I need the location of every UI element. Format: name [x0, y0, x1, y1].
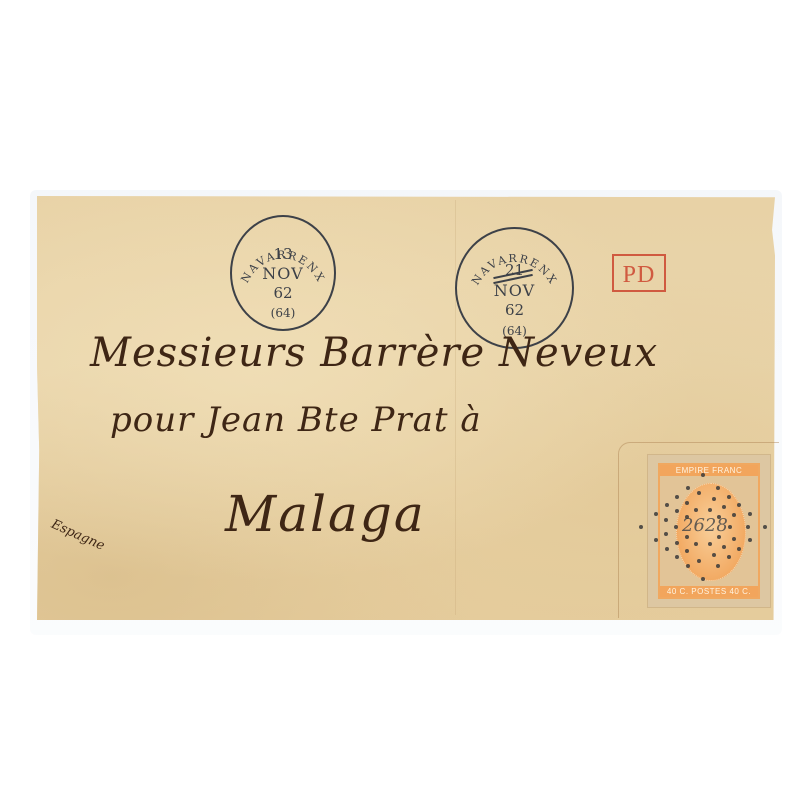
cancel-dot — [727, 495, 731, 499]
cancel-dot — [732, 537, 736, 541]
cancel-dot — [675, 541, 679, 545]
postmark-department: (64) — [232, 307, 334, 319]
postmark-year: 62 — [232, 286, 334, 301]
postmark-left: NAVARRENX 13 NOV 62 (64) — [230, 215, 336, 331]
postmark-month: NOV — [232, 266, 334, 282]
cancel-dot — [686, 486, 690, 490]
cancel-dot — [746, 525, 750, 529]
cancel-dot — [675, 555, 679, 559]
cancel-dot — [708, 508, 712, 512]
cancel-dot — [748, 538, 752, 542]
cancel-dot — [685, 501, 689, 505]
cancel-dot — [708, 542, 712, 546]
postmark-year: 62 — [457, 303, 572, 318]
address-line-2: pour Jean Bte Prat à — [110, 400, 482, 440]
postage-stamp: EMPIRE FRANC 40 C. POSTES 40 C. 2628 — [648, 455, 770, 607]
cancel-dot — [737, 503, 741, 507]
cancel-dot — [716, 486, 720, 490]
postmark-day: 13 — [232, 247, 334, 262]
cancel-dot — [697, 559, 701, 563]
cancel-dot — [722, 545, 726, 549]
cancel-dot — [675, 495, 679, 499]
cancel-dot — [664, 532, 668, 536]
cancel-dot — [701, 577, 705, 581]
cancel-dot — [712, 497, 716, 501]
cancel-dot — [674, 525, 678, 529]
cancel-dot — [685, 549, 689, 553]
stamp-bottom-text: 40 C. POSTES 40 C. — [660, 586, 758, 597]
cancel-dot — [639, 525, 643, 529]
cancel-dot — [685, 535, 689, 539]
cancel-dot — [717, 535, 721, 539]
cancel-number: 2628 — [682, 515, 728, 536]
address-line-3: Malaga — [225, 485, 426, 543]
cancel-dot — [665, 547, 669, 551]
address-line-1: Messieurs Barrère Neveux — [90, 330, 658, 376]
cancel-dot — [697, 491, 701, 495]
stamp-top-text: EMPIRE FRANC — [660, 465, 758, 476]
postmark-month: NOV — [457, 283, 572, 299]
cancel-dot — [737, 547, 741, 551]
pd-marking: PD — [612, 254, 666, 292]
postmark-day: 21 — [457, 263, 572, 278]
cancel-dot — [701, 473, 705, 477]
cancel-dot — [654, 538, 658, 542]
cancel-dot — [763, 525, 767, 529]
